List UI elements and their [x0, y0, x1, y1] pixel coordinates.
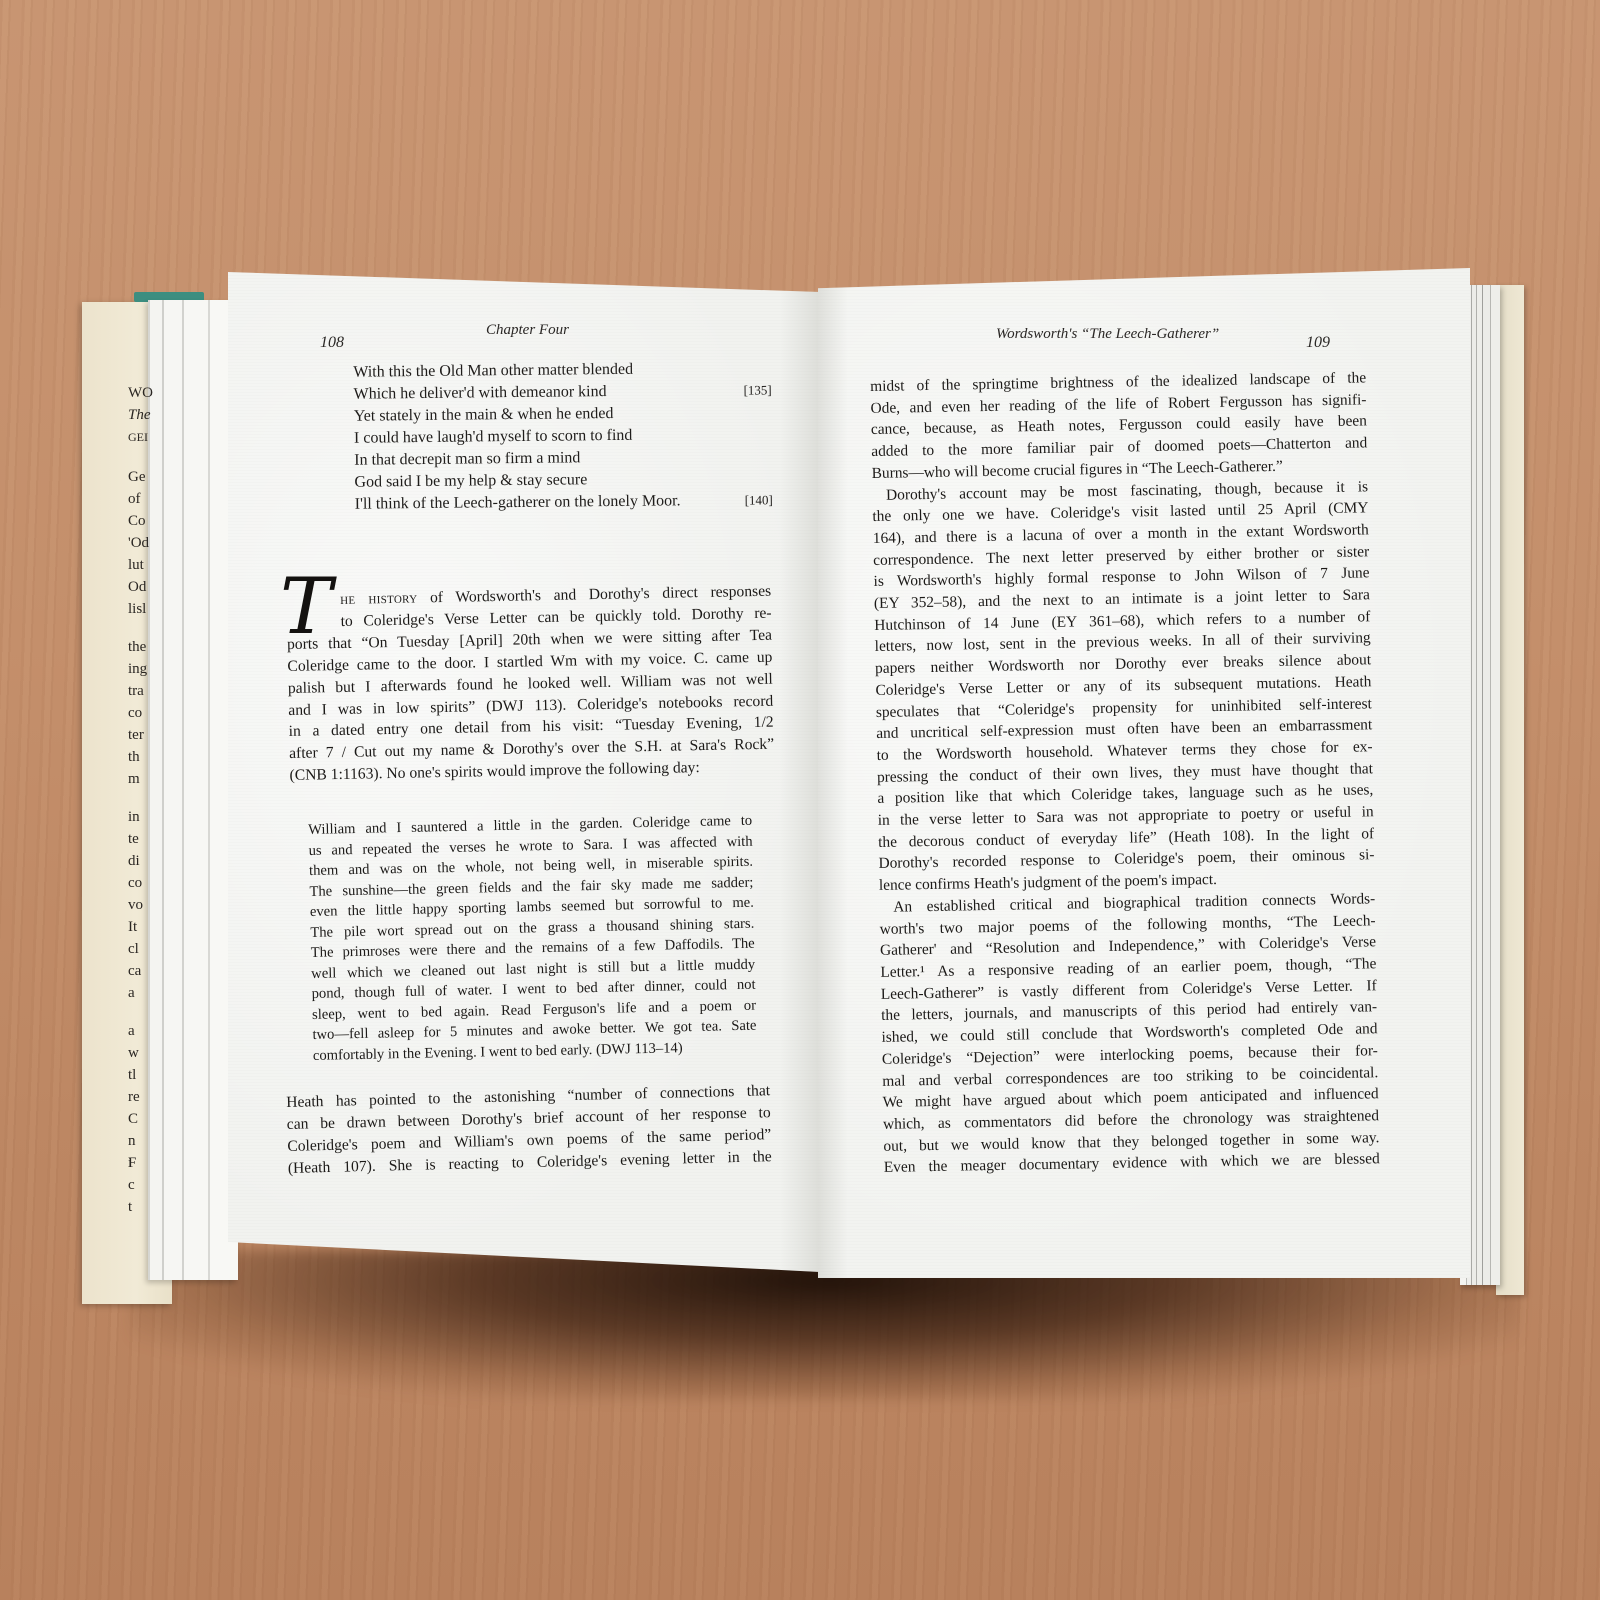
- dust-jacket-right-flap: [1496, 285, 1524, 1295]
- jacket-text-fragment: di: [128, 850, 158, 873]
- jacket-text-fragment: re: [128, 1086, 158, 1109]
- jacket-text-fragment: vo: [128, 894, 158, 917]
- jacket-text-fragment: m: [128, 768, 158, 791]
- jacket-text-fragment: in: [128, 806, 158, 829]
- jacket-text-fragment: tl: [128, 1064, 158, 1087]
- verse-line-text: Yet stately in the main & when he ended: [354, 405, 614, 425]
- running-head-left: Chapter Four: [486, 322, 569, 339]
- jacket-text-fragment: th: [128, 746, 158, 769]
- jacket-text-fragment: C: [128, 1108, 158, 1131]
- jacket-text-fragment: ca: [128, 960, 158, 983]
- jacket-text-fragment: ter: [128, 724, 158, 747]
- line-number: [135]: [743, 379, 771, 401]
- jacket-text-fragment: It: [128, 916, 158, 939]
- jacket-text-fragment: t: [128, 1196, 158, 1219]
- jacket-text-fragment: c: [128, 1174, 158, 1197]
- jacket-text-fragment: lisl: [128, 598, 158, 621]
- right-page-text: midst of the springtime brightness of th…: [870, 367, 1380, 1179]
- jacket-text-fragment: The: [128, 404, 158, 427]
- verse-line: I'll think of the Leech-gatherer on the …: [355, 490, 681, 515]
- jacket-text-fragment: the: [128, 636, 158, 659]
- verse-line-text: Which he deliver'd with demeanor kind: [353, 383, 606, 403]
- jacket-text-fragment: lut: [128, 554, 158, 577]
- verse-line-text: I could have laugh'd myself to scorn to …: [354, 427, 633, 447]
- jacket-text-fragment: w: [128, 1042, 158, 1065]
- jacket-text-fragment: co: [128, 702, 158, 725]
- jacket-text-fragment: a: [128, 1020, 158, 1043]
- jacket-text-fragment: co: [128, 872, 158, 895]
- left-page: 108 Chapter Four With this the Old Man o…: [228, 272, 820, 1272]
- verse-line-text: I'll think of the Leech-gatherer on the …: [355, 492, 681, 512]
- jacket-text-fragment: Od: [128, 576, 158, 599]
- jacket-text-fragment: of: [128, 488, 158, 511]
- page-number-right: 109: [1306, 334, 1330, 352]
- jacket-text-fragment: a: [128, 982, 158, 1005]
- verse-line-text: God said I be my help & stay secure: [354, 471, 587, 490]
- paragraph-after-quote: Heath has pointed to the astonishing “nu…: [286, 1080, 772, 1179]
- jacket-text-fragment: WO: [128, 382, 158, 405]
- jacket-text-fragment: cl: [128, 938, 158, 961]
- jacket-text-fragment: Ge: [128, 466, 158, 489]
- running-head-right: Wordsworth's “The Leech-Gatherer”: [996, 326, 1219, 343]
- verse-line-text: In that decrepit man so firm a mind: [354, 449, 580, 468]
- jacket-text-fragment: 'Od: [128, 532, 158, 555]
- opening-paragraph: he history of Wordsworth's and Dorothy's…: [286, 581, 775, 787]
- verse-quotation: With this the Old Man other matter blend…: [353, 358, 680, 515]
- line-number: [140]: [745, 489, 773, 511]
- small-caps-opening: he history: [340, 589, 418, 607]
- page-stack-left: [148, 300, 238, 1280]
- jacket-text-fragment: ing: [128, 658, 158, 681]
- jacket-text-fragment: te: [128, 828, 158, 851]
- jacket-text-fragment: F: [128, 1152, 158, 1175]
- jacket-text-fragment: GEI: [128, 426, 158, 449]
- jacket-text-fragment: Co: [128, 510, 158, 533]
- jacket-text-fragment: tra: [128, 680, 158, 703]
- right-page: Wordsworth's “The Leech-Gatherer” 109 mi…: [818, 268, 1470, 1278]
- jacket-text-fragment: n: [128, 1130, 158, 1153]
- block-quote: William and I sauntered a little in the …: [308, 811, 757, 1066]
- page-number-left: 108: [320, 334, 344, 352]
- verse-line-text: With this the Old Man other matter blend…: [353, 361, 633, 381]
